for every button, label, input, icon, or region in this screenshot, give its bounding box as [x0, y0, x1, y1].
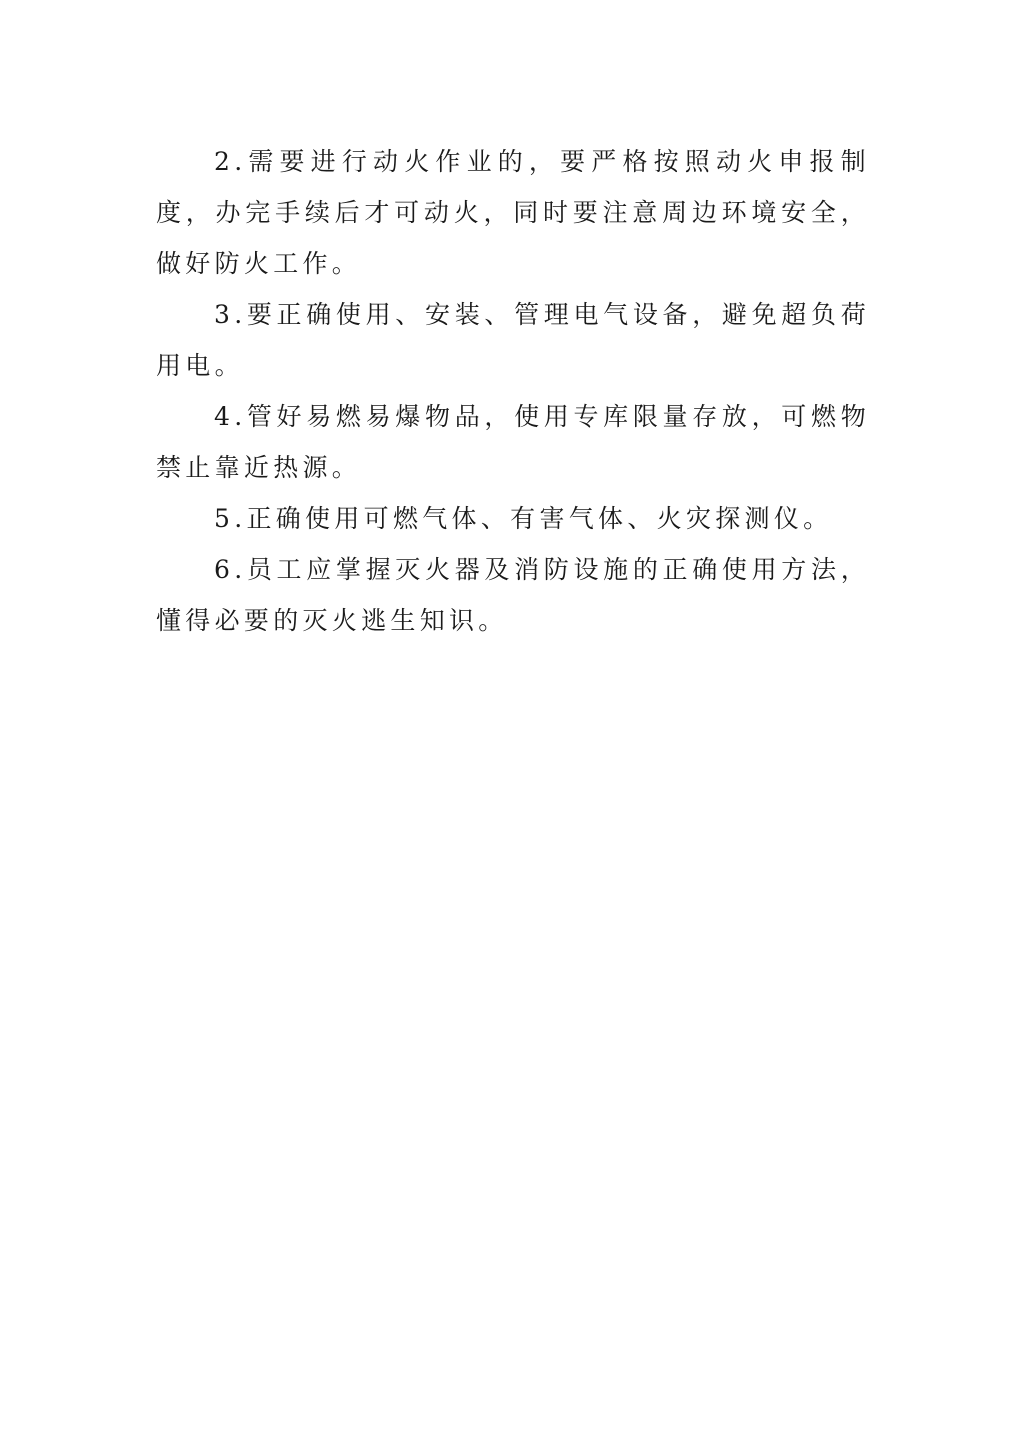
paragraph-item-5: 5.正确使用可燃气体、有害气体、火灾探测仪。 [156, 493, 870, 544]
document-page: 2.需要进行动火作业的，要严格按照动火申报制度，办完手续后才可动火，同时要注意周… [156, 136, 870, 646]
paragraph-item-6: 6.员工应掌握灭火器及消防设施的正确使用方法，懂得必要的灭火逃生知识。 [156, 544, 870, 646]
paragraph-item-4: 4.管好易燃易爆物品，使用专库限量存放，可燃物禁止靠近热源。 [156, 391, 870, 493]
paragraph-item-3: 3.要正确使用、安装、管理电气设备，避免超负荷用电。 [156, 289, 870, 391]
paragraph-item-2: 2.需要进行动火作业的，要严格按照动火申报制度，办完手续后才可动火，同时要注意周… [156, 136, 870, 289]
